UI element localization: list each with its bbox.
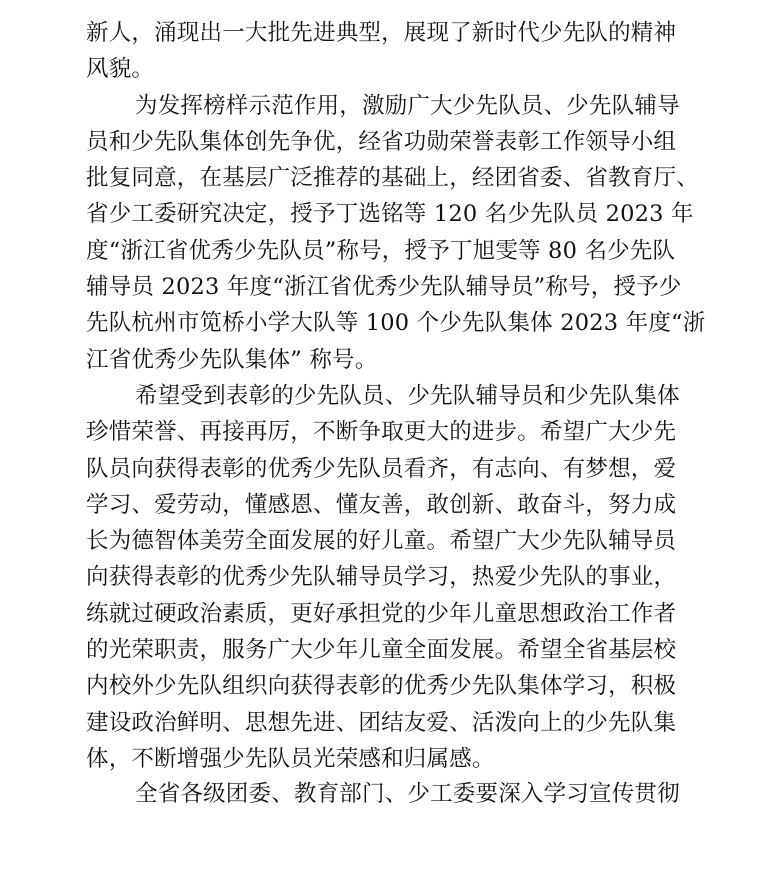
paragraph-intro-tail: 新人，涌现出一大批先进典型，展现了新时代少先队的精神 风貌。 [86, 15, 676, 88]
text-line: 学习、爱劳动，懂感恩、懂友善，敢创新、敢奋斗，努力成 [86, 487, 676, 523]
text-line: 为发挥榜样示范作用，激励广大少先队员、少先队辅导 [86, 88, 676, 124]
text-line: 度“浙江省优秀少先队员”称号，授予丁旭雯等 80 名少先队 [86, 233, 676, 269]
text-line: 全省各级团委、教育部门、少工委要深入学习宣传贯彻 [86, 776, 676, 812]
text-line: 长为德智体美劳全面发展的好儿童。希望广大少先队辅导员 [86, 523, 676, 559]
text-line: 辅导员 2023 年度“浙江省优秀少先队辅导员”称号，授予少 [86, 269, 676, 305]
text-line: 希望受到表彰的少先队员、少先队辅导员和少先队集体 [86, 378, 676, 414]
text-line: 队员向获得表彰的优秀少先队员看齐，有志向、有梦想，爱 [86, 451, 676, 487]
text-line: 员和少先队集体创先争优，经省功勋荣誉表彰工作领导小组 [86, 124, 676, 160]
paragraph-call-to-action: 全省各级团委、教育部门、少工委要深入学习宣传贯彻 [86, 776, 676, 812]
text-line: 的光荣职责，服务广大少年儿童全面发展。希望全省基层校 [86, 632, 676, 668]
paragraph-hopes: 希望受到表彰的少先队员、少先队辅导员和少先队集体 珍惜荣誉、再接再厉，不断争取更… [86, 378, 676, 777]
text-line: 江省优秀少先队集体” 称号。 [86, 342, 676, 378]
text-line: 向获得表彰的优秀少先队辅导员学习，热爱少先队的事业， [86, 559, 676, 595]
text-line: 先队杭州市笕桥小学大队等 100 个少先队集体 2023 年度“浙 [86, 305, 676, 341]
text-line: 批复同意，在基层广泛推荐的基础上，经团省委、省教育厅、 [86, 160, 676, 196]
text-line: 珍惜荣誉、再接再厉，不断争取更大的进步。希望广大少先 [86, 414, 676, 450]
text-line: 风貌。 [86, 51, 676, 87]
text-line: 新人，涌现出一大批先进典型，展现了新时代少先队的精神 [86, 15, 676, 51]
text-line: 省少工委研究决定，授予丁选铭等 120 名少先队员 2023 年 [86, 196, 676, 232]
document-page: 新人，涌现出一大批先进典型，展现了新时代少先队的精神 风貌。 为发挥榜样示范作用… [86, 15, 676, 813]
text-line: 练就过硬政治素质，更好承担党的少年儿童思想政治工作者 [86, 596, 676, 632]
paragraph-award-decision: 为发挥榜样示范作用，激励广大少先队员、少先队辅导 员和少先队集体创先争优，经省功… [86, 88, 676, 378]
text-line: 体，不断增强少先队员光荣感和归属感。 [86, 741, 676, 777]
text-line: 建设政治鲜明、思想先进、团结友爱、活泼向上的少先队集 [86, 705, 676, 741]
text-line: 内校外少先队组织向获得表彰的优秀少先队集体学习，积极 [86, 668, 676, 704]
